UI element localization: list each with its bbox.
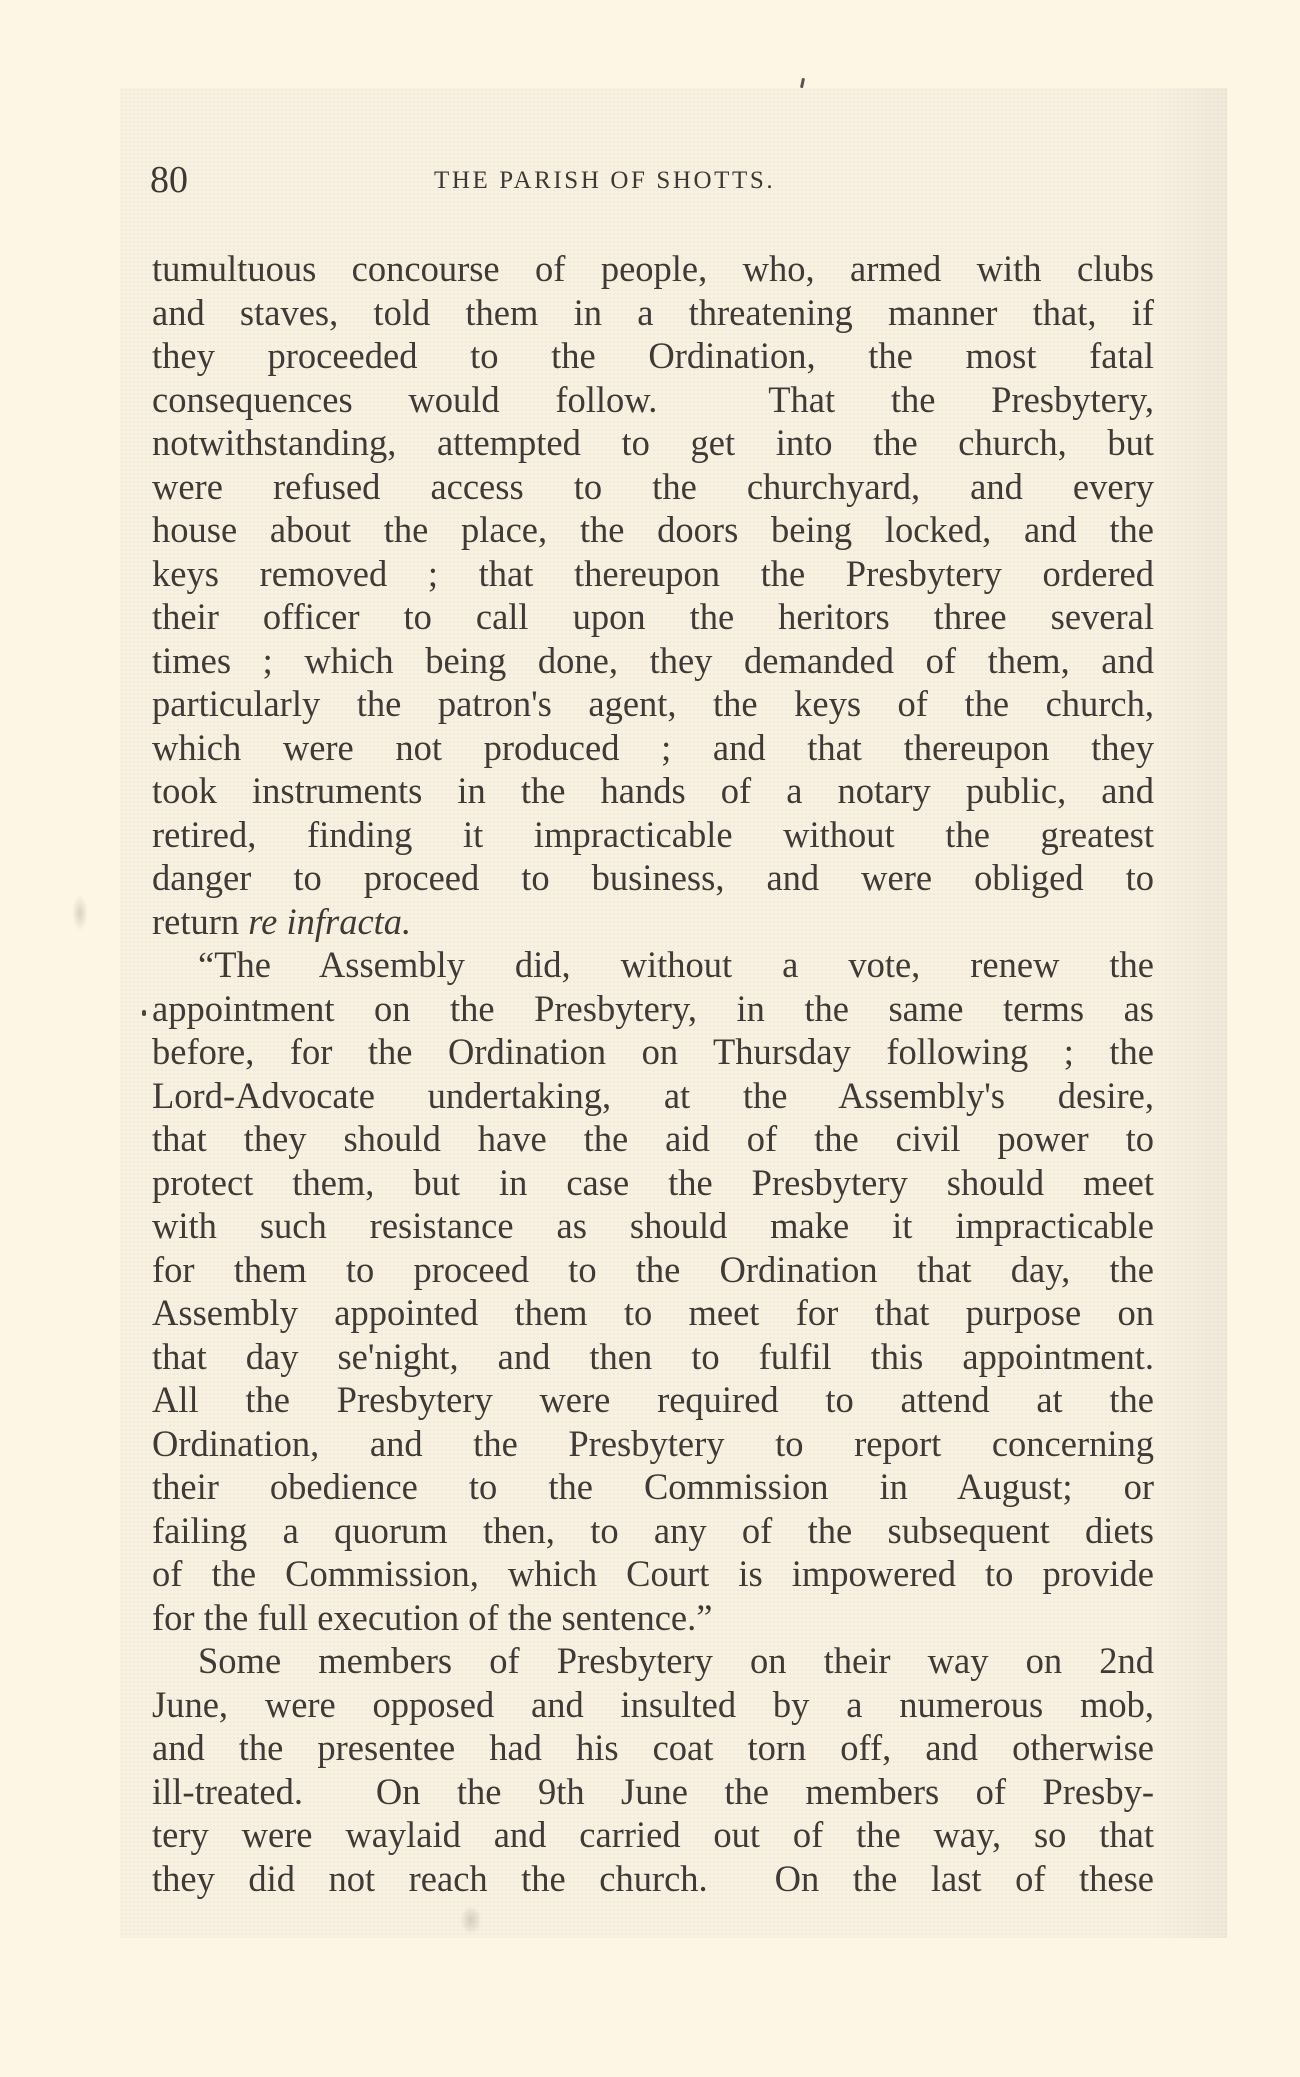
- text-line-content: their obedience to the Commission in Aug…: [152, 1466, 1154, 1507]
- text-line-content: appointment on the Presbytery, in the sa…: [152, 988, 1154, 1029]
- text-line: they did not reach the church. On the la…: [152, 1857, 1154, 1901]
- margin-smudge: [72, 895, 88, 931]
- text-line-content: times ; which being done, they demanded …: [152, 640, 1154, 681]
- running-head: 80 THE PARISH OF SHOTTS.: [150, 158, 1154, 202]
- text-line-content: Lord-Advocate undertaking, at the Assemb…: [152, 1075, 1154, 1116]
- text-line-content: before, for the Ordination on Thursday f…: [152, 1031, 1154, 1072]
- text-line-content: tery were waylaid and carried out of the…: [152, 1814, 1154, 1855]
- text-line-content: house about the place, the doors being l…: [152, 509, 1154, 550]
- text-line: return re infracta.: [152, 900, 1154, 944]
- text-line-content: notwithstanding, attempted to get into t…: [152, 422, 1154, 463]
- text-line-content: failing a quorum then, to any of the sub…: [152, 1510, 1154, 1551]
- text-line: retired, finding it impracticable withou…: [152, 813, 1154, 857]
- text-line: danger to proceed to business, and were …: [152, 856, 1154, 900]
- text-line-content: of the Commission, which Court is impowe…: [152, 1553, 1154, 1594]
- text-line-content: Assembly appointed them to meet for that…: [152, 1292, 1154, 1333]
- text-line-content: ill-treated. On the 9th June the members…: [152, 1771, 1154, 1812]
- stray-ink-mark: [800, 78, 805, 88]
- text-line-content: keys removed ; that thereupon the Presby…: [152, 553, 1154, 594]
- text-line-content: that they should have the aid of the civ…: [152, 1118, 1154, 1159]
- text-line: their officer to call upon the heritors …: [152, 595, 1154, 639]
- text-line-content: particularly the patron's agent, the key…: [152, 683, 1154, 724]
- text-line: Some members of Presbytery on their way …: [152, 1639, 1154, 1683]
- page-number: 80: [150, 158, 188, 202]
- text-line-content: they proceeded to the Ordination, the mo…: [152, 335, 1154, 376]
- running-head-title: THE PARISH OF SHOTTS.: [434, 164, 775, 198]
- text-line: keys removed ; that thereupon the Presby…: [152, 552, 1154, 596]
- text-line: appointment on the Presbytery, in the sa…: [152, 987, 1154, 1031]
- text-line: notwithstanding, attempted to get into t…: [152, 421, 1154, 465]
- bottom-smudge: [460, 1905, 482, 1935]
- text-line: tery were waylaid and carried out of the…: [152, 1813, 1154, 1857]
- text-line: for them to proceed to the Ordination th…: [152, 1248, 1154, 1292]
- italic-phrase: re infracta.: [248, 901, 411, 942]
- body-text: tumultuous concourse of people, who, arm…: [152, 247, 1154, 1900]
- text-line-content: for them to proceed to the Ordination th…: [152, 1249, 1154, 1290]
- text-line-content: protect them, but in case the Presbytery…: [152, 1162, 1154, 1203]
- text-line: times ; which being done, they demanded …: [152, 639, 1154, 683]
- text-line-content: with such resistance as should make it i…: [152, 1205, 1154, 1246]
- text-line-content: and staves, told them in a threatening m…: [152, 292, 1154, 333]
- text-line: that they should have the aid of the civ…: [152, 1117, 1154, 1161]
- text-line: Assembly appointed them to meet for that…: [152, 1291, 1154, 1335]
- text-line: June, were opposed and insulted by a num…: [152, 1683, 1154, 1727]
- text-line-content: that day se'night, and then to fulfil th…: [152, 1336, 1154, 1377]
- margin-dot-mark: [142, 1010, 146, 1016]
- text-line: which were not produced ; and that there…: [152, 726, 1154, 770]
- text-line: Ordination, and the Presbytery to report…: [152, 1422, 1154, 1466]
- text-line: they proceeded to the Ordination, the mo…: [152, 334, 1154, 378]
- text-line: All the Presbytery were required to atte…: [152, 1378, 1154, 1422]
- text-line: before, for the Ordination on Thursday f…: [152, 1030, 1154, 1074]
- text-line-content: their officer to call upon the heritors …: [152, 596, 1154, 637]
- text-line-content: and the presentee had his coat torn off,…: [152, 1727, 1154, 1768]
- text-line: with such resistance as should make it i…: [152, 1204, 1154, 1248]
- text-line-content: All the Presbytery were required to atte…: [152, 1379, 1154, 1420]
- text-line: particularly the patron's agent, the key…: [152, 682, 1154, 726]
- text-line-content: consequences would follow. That the Pres…: [152, 379, 1154, 420]
- text-line: protect them, but in case the Presbytery…: [152, 1161, 1154, 1205]
- text-line: of the Commission, which Court is impowe…: [152, 1552, 1154, 1596]
- text-line: Lord-Advocate undertaking, at the Assemb…: [152, 1074, 1154, 1118]
- text-line-content: retired, finding it impracticable withou…: [152, 814, 1154, 855]
- text-line: failing a quorum then, to any of the sub…: [152, 1509, 1154, 1553]
- text-line: and staves, told them in a threatening m…: [152, 291, 1154, 335]
- text-line-content: return: [152, 901, 248, 942]
- text-line: that day se'night, and then to fulfil th…: [152, 1335, 1154, 1379]
- text-line-content: were refused access to the churchyard, a…: [152, 466, 1154, 507]
- text-line: tumultuous concourse of people, who, arm…: [152, 247, 1154, 291]
- text-line: ill-treated. On the 9th June the members…: [152, 1770, 1154, 1814]
- text-line: were refused access to the churchyard, a…: [152, 465, 1154, 509]
- text-line-content: “The Assembly did, without a vote, renew…: [198, 944, 1154, 985]
- text-line-content: which were not produced ; and that there…: [152, 727, 1154, 768]
- text-line: consequences would follow. That the Pres…: [152, 378, 1154, 422]
- text-line-content: took instruments in the hands of a notar…: [152, 770, 1154, 811]
- text-line: for the full execution of the sentence.”: [152, 1596, 1154, 1640]
- text-line-content: Some members of Presbytery on their way …: [198, 1640, 1154, 1681]
- text-line-content: Ordination, and the Presbytery to report…: [152, 1423, 1154, 1464]
- text-line: took instruments in the hands of a notar…: [152, 769, 1154, 813]
- text-line-content: tumultuous concourse of people, who, arm…: [152, 248, 1154, 289]
- text-line-content: they did not reach the church. On the la…: [152, 1858, 1154, 1899]
- text-line: house about the place, the doors being l…: [152, 508, 1154, 552]
- text-line: their obedience to the Commission in Aug…: [152, 1465, 1154, 1509]
- text-line-content: danger to proceed to business, and were …: [152, 857, 1154, 898]
- text-line: “The Assembly did, without a vote, renew…: [152, 943, 1154, 987]
- text-line: and the presentee had his coat torn off,…: [152, 1726, 1154, 1770]
- text-line-content: June, were opposed and insulted by a num…: [152, 1684, 1154, 1725]
- text-line-content: for the full execution of the sentence.”: [152, 1597, 712, 1638]
